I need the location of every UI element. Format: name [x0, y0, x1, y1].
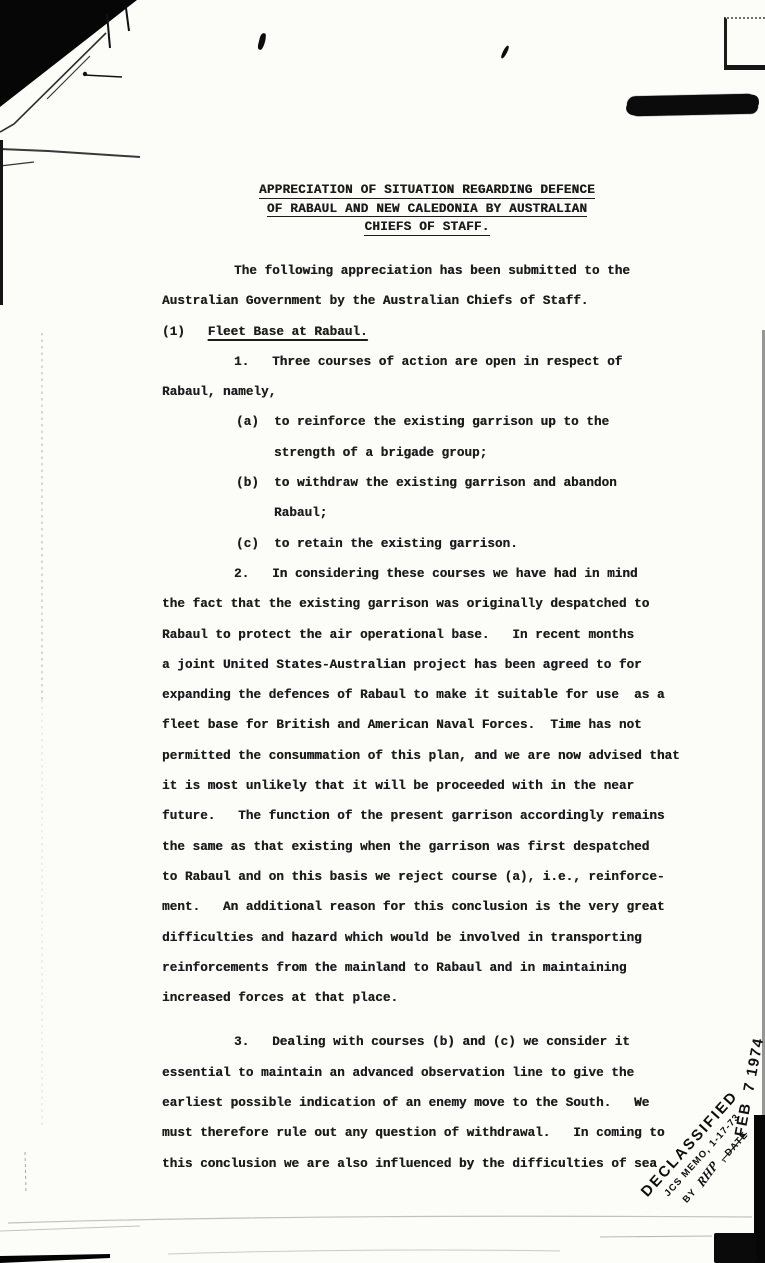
text-line: strength of a brigade group;: [162, 444, 722, 474]
text-line: permitted the consummation of this plan,…: [162, 747, 722, 777]
text-line: 1. Three courses of action are open in r…: [162, 353, 722, 383]
pen-mark: [257, 33, 267, 51]
text-line: ment. An additional reason for this conc…: [162, 898, 722, 928]
text-line: a joint United States-Australian project…: [162, 656, 722, 686]
text-line: fleet base for British and American Nava…: [162, 716, 722, 746]
text-line: The following appreciation has been subm…: [162, 262, 722, 292]
pen-mark: [500, 45, 510, 59]
text-line: 2. In considering these courses we have …: [162, 565, 722, 595]
title-line: OF RABAUL AND NEW CALEDONIA BY AUSTRALIA…: [267, 201, 587, 218]
text-line: 3. Dealing with courses (b) and (c) we c…: [162, 1033, 722, 1063]
scanned-document-page: APPRECIATION OF SITUATION REGARDING DEFE…: [0, 0, 765, 1263]
text-line: future. The function of the present garr…: [162, 807, 722, 837]
stamp-by-label: BY: [681, 1187, 699, 1206]
text-line: must therefore rule out any question of …: [162, 1124, 722, 1154]
text-line: (b) to withdraw the existing garrison an…: [162, 474, 722, 504]
title-line: APPRECIATION OF SITUATION REGARDING DEFE…: [259, 182, 595, 199]
text-line: essential to maintain an advanced observ…: [162, 1064, 722, 1094]
text-line: it is most unlikely that it will be proc…: [162, 777, 722, 807]
text-line: earliest possible indication of an enemy…: [162, 1094, 722, 1124]
document-title: APPRECIATION OF SITUATION REGARDING DEFE…: [162, 181, 692, 237]
corner-box-mark: [724, 17, 765, 70]
text-line: this conclusion we are also influenced b…: [162, 1155, 722, 1185]
text-line: to Rabaul and on this basis we reject co…: [162, 868, 722, 898]
text-line: (1) Fleet Base at Rabaul.: [162, 323, 722, 353]
text-line: Australian Government by the Australian …: [162, 292, 722, 322]
text-line: the same as that existing when the garri…: [162, 838, 722, 868]
text-line: reinforcements from the mainland to Raba…: [162, 959, 722, 989]
text-line: Rabaul to protect the air operational ba…: [162, 626, 722, 656]
text-line: increased forces at that place.: [162, 989, 722, 1019]
text-line: difficulties and hazard which would be i…: [162, 929, 722, 959]
text-line: (c) to retain the existing garrison.: [162, 535, 722, 565]
corner-fold-shadow: [0, 0, 137, 107]
document-body: The following appreciation has been subm…: [162, 262, 722, 1185]
text-line: expanding the defences of Rabaul to make…: [162, 686, 722, 716]
title-line: CHIEFS OF STAFF.: [364, 219, 489, 236]
text-line: Rabaul, namely,: [162, 383, 722, 413]
text-line: (a) to reinforce the existing garrison u…: [162, 413, 722, 443]
redaction-stroke: [627, 94, 758, 117]
text-line: Rabaul;: [162, 504, 722, 534]
text-line: the fact that the existing garrison was …: [162, 595, 722, 625]
